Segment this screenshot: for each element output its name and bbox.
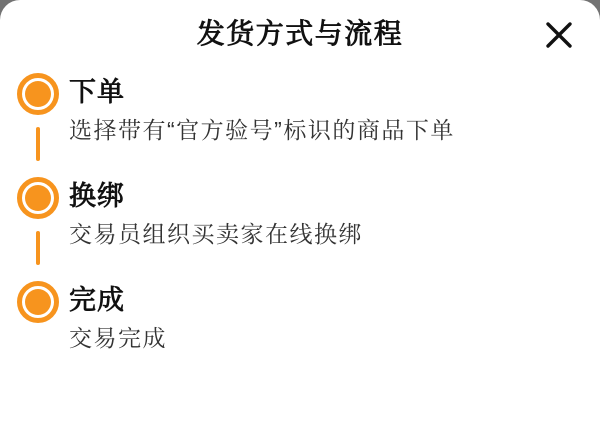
step-title: 完成 — [69, 284, 167, 316]
step-title: 换绑 — [69, 180, 363, 212]
modal-header: 发货方式与流程 — [0, 0, 600, 53]
step-body: 换绑 交易员组织买卖家在线换绑 — [69, 177, 363, 281]
step-description: 交易员组织买卖家在线换绑 — [69, 221, 363, 248]
close-icon — [544, 20, 574, 50]
step-connector-line — [36, 231, 40, 265]
step-marker-icon — [17, 281, 59, 323]
step-marker-icon — [17, 73, 59, 115]
step-marker-dot — [25, 185, 51, 211]
step-body: 下单 选择带有“官方验号”标识的商品下单 — [69, 73, 455, 177]
step-marker-icon — [17, 177, 59, 219]
modal-title: 发货方式与流程 — [0, 0, 600, 50]
step-item-complete: 完成 交易完成 — [17, 281, 600, 352]
step-item-rebind: 换绑 交易员组织买卖家在线换绑 — [17, 177, 600, 281]
step-description: 交易完成 — [69, 325, 167, 352]
step-marker-dot — [25, 289, 51, 315]
step-description: 选择带有“官方验号”标识的商品下单 — [69, 117, 455, 144]
step-item-place-order: 下单 选择带有“官方验号”标识的商品下单 — [17, 73, 600, 177]
shipping-process-modal: 发货方式与流程 下单 — [0, 0, 600, 431]
step-marker-dot — [25, 81, 51, 107]
step-title: 下单 — [69, 76, 455, 108]
close-button[interactable] — [544, 20, 574, 50]
process-steps-list: 下单 选择带有“官方验号”标识的商品下单 换绑 交易员组织买卖家在线换绑 — [17, 73, 600, 352]
step-rail — [17, 73, 59, 177]
dim-overlay: 发货方式与流程 下单 — [0, 0, 600, 431]
step-connector-line — [36, 127, 40, 161]
step-rail — [17, 281, 59, 323]
step-rail — [17, 177, 59, 281]
step-body: 完成 交易完成 — [69, 281, 167, 352]
